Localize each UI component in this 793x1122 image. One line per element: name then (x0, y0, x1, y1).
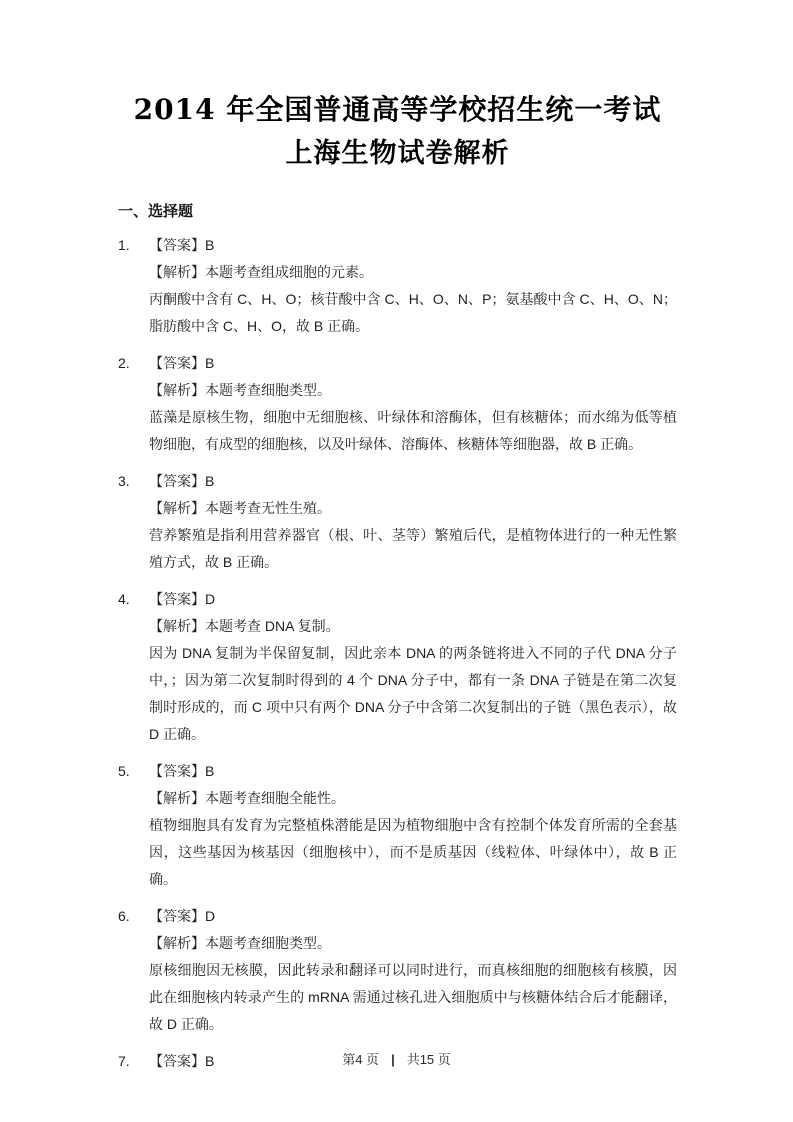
analysis-line: 【解析】本题考查 DNA 复制。 (149, 613, 677, 640)
item-body: 【答案】D 【解析】本题考查细胞类型。 原核细胞因无核膜，因此转录和翻译可以同时… (149, 903, 677, 1038)
detail-paragraph: 植物细胞具有发育为完整植株潜能是因为植物细胞中含有控制个体发育所需的全套基因，这… (149, 812, 677, 893)
item-body: 【答案】B 【解析】本题考查细胞全能性。 植物细胞具有发育为完整植株潜能是因为植… (149, 758, 677, 893)
answer-label: 【答案】 (149, 473, 205, 489)
answer-value: B (205, 473, 214, 489)
answer-item-1: 1. 【答案】B 【解析】本题考查组成细胞的元素。 丙酮酸中含有 C、H、O；核… (118, 232, 677, 340)
answer-value: D (205, 908, 215, 924)
answer-line: 【答案】B (149, 758, 677, 785)
section-header: 一、选择题 (118, 202, 677, 222)
item-body: 【答案】B 【解析】本题考查细胞类型。 蓝藻是原核生物，细胞中无细胞核、叶绿体和… (149, 350, 677, 458)
item-number: 6. (118, 903, 149, 1038)
footer-page-number: 第4 页 (342, 1052, 379, 1067)
analysis-text: 本题考查无性生殖。 (205, 500, 331, 516)
answer-label: 【答案】 (149, 355, 205, 371)
footer-separator: | (391, 1050, 395, 1070)
answer-item-6: 6. 【答案】D 【解析】本题考查细胞类型。 原核细胞因无核膜，因此转录和翻译可… (118, 903, 677, 1038)
document-title: 2014 年全国普通高等学校招生统一考试 上海生物试卷解析 (118, 88, 677, 176)
answer-value: B (205, 355, 214, 371)
analysis-line: 【解析】本题考查细胞类型。 (149, 930, 677, 957)
answer-item-4: 4. 【答案】D 【解析】本题考查 DNA 复制。 因为 DNA 复制为半保留复… (118, 586, 677, 748)
page-title-line2: 上海生物试卷解析 (118, 132, 677, 176)
answer-value: D (205, 591, 215, 607)
answer-value: B (205, 763, 214, 779)
answer-line: 【答案】D (149, 586, 677, 613)
answer-line: 【答案】D (149, 903, 677, 930)
analysis-label: 【解析】 (149, 618, 205, 634)
analysis-line: 【解析】本题考查无性生殖。 (149, 495, 677, 522)
item-body: 【答案】B 【解析】本题考查无性生殖。 营养繁殖是指利用营养器官（根、叶、茎等）… (149, 468, 677, 576)
page-footer: 第4 页|共15 页 (0, 1050, 793, 1070)
answer-line: 【答案】B (149, 232, 677, 259)
answer-item-2: 2. 【答案】B 【解析】本题考查细胞类型。 蓝藻是原核生物，细胞中无细胞核、叶… (118, 350, 677, 458)
analysis-line: 【解析】本题考查细胞全能性。 (149, 785, 677, 812)
analysis-line: 【解析】本题考查组成细胞的元素。 (149, 259, 677, 286)
answer-items-list: 1. 【答案】B 【解析】本题考查组成细胞的元素。 丙酮酸中含有 C、H、O；核… (118, 232, 677, 1075)
footer-total-pages: 共15 页 (407, 1052, 451, 1067)
answer-label: 【答案】 (149, 237, 205, 253)
detail-paragraph: 丙酮酸中含有 C、H、O；核苷酸中含 C、H、O、N、P；氨基酸中含 C、H、O… (149, 286, 677, 340)
answer-line: 【答案】B (149, 350, 677, 377)
analysis-label: 【解析】 (149, 935, 205, 951)
document-body: 2014 年全国普通高等学校招生统一考试 上海生物试卷解析 一、选择题 1. 【… (0, 0, 793, 1075)
analysis-label: 【解析】 (149, 382, 205, 398)
answer-value: B (205, 237, 214, 253)
detail-paragraph: 蓝藻是原核生物，细胞中无细胞核、叶绿体和溶酶体，但有核糖体；而水绵为低等植物细胞… (149, 404, 677, 458)
item-body: 【答案】B 【解析】本题考查组成细胞的元素。 丙酮酸中含有 C、H、O；核苷酸中… (149, 232, 677, 340)
item-number: 1. (118, 232, 149, 340)
analysis-text: 本题考查 DNA 复制。 (205, 618, 340, 634)
analysis-label: 【解析】 (149, 790, 205, 806)
item-number: 2. (118, 350, 149, 458)
analysis-text: 本题考查组成细胞的元素。 (205, 264, 373, 280)
item-number: 4. (118, 586, 149, 748)
answer-item-5: 5. 【答案】B 【解析】本题考查细胞全能性。 植物细胞具有发育为完整植株潜能是… (118, 758, 677, 893)
item-number: 3. (118, 468, 149, 576)
detail-paragraph: 营养繁殖是指利用营养器官（根、叶、茎等）繁殖后代，是植物体进行的一种无性繁殖方式… (149, 522, 677, 576)
answer-label: 【答案】 (149, 908, 205, 924)
analysis-text: 本题考查细胞类型。 (205, 935, 331, 951)
page-title-line1: 2014 年全国普通高等学校招生统一考试 (118, 88, 677, 132)
detail-paragraph: 因为 DNA 复制为半保留复制，因此亲本 DNA 的两条链将进入不同的子代 DN… (149, 640, 677, 748)
analysis-text: 本题考查细胞全能性。 (205, 790, 345, 806)
item-body: 【答案】D 【解析】本题考查 DNA 复制。 因为 DNA 复制为半保留复制，因… (149, 586, 677, 748)
analysis-text: 本题考查细胞类型。 (205, 382, 331, 398)
document-page: { "document": { "title_line1": "2014 年全国… (0, 0, 793, 1122)
answer-item-3: 3. 【答案】B 【解析】本题考查无性生殖。 营养繁殖是指利用营养器官（根、叶、… (118, 468, 677, 576)
answer-line: 【答案】B (149, 468, 677, 495)
analysis-line: 【解析】本题考查细胞类型。 (149, 377, 677, 404)
item-number: 5. (118, 758, 149, 893)
answer-label: 【答案】 (149, 591, 205, 607)
detail-paragraph: 原核细胞因无核膜，因此转录和翻译可以同时进行，而真核细胞的细胞核有核膜，因此在细… (149, 957, 677, 1038)
analysis-label: 【解析】 (149, 264, 205, 280)
analysis-label: 【解析】 (149, 500, 205, 516)
answer-label: 【答案】 (149, 763, 205, 779)
